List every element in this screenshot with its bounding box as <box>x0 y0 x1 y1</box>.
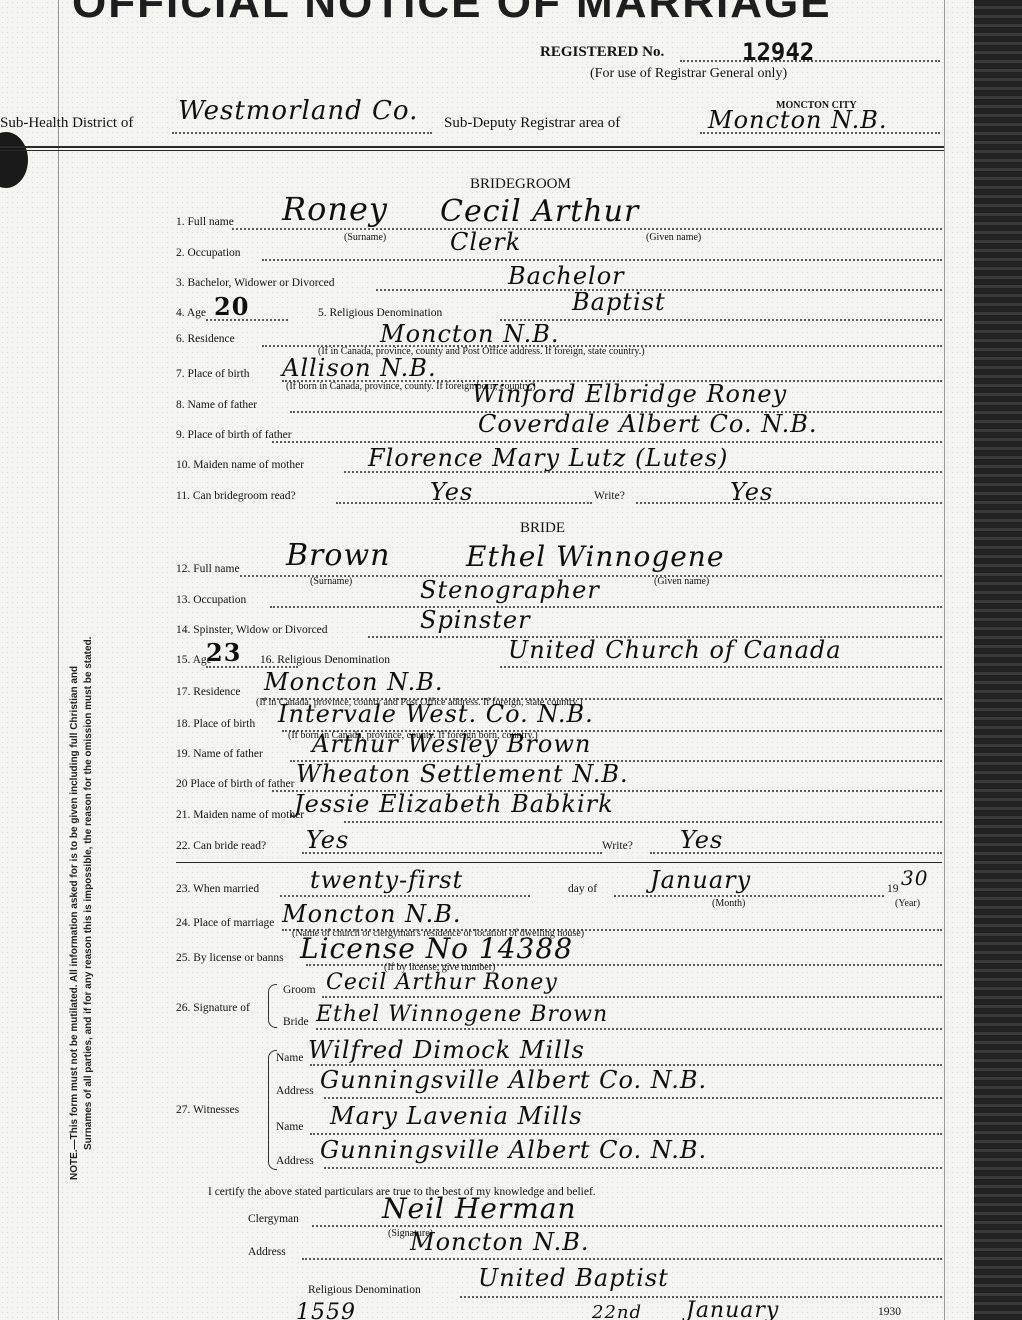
bride-father-birthplace: Wheaton Settlement N.B. <box>296 760 629 788</box>
punch-hole <box>0 132 28 188</box>
field-dots <box>312 1225 942 1227</box>
groom-residence: Moncton N.B. <box>380 320 559 348</box>
note-line-2: Surnames of all parties, and if for any … <box>82 400 96 1180</box>
groom-father-label: 8. Name of father <box>176 399 257 411</box>
bride-religion-label: 16. Religious Denomination <box>260 654 390 666</box>
field-dots <box>310 1133 942 1135</box>
field-dots <box>324 1167 942 1169</box>
bride-surname: Brown <box>286 538 390 573</box>
witnesses-brace <box>268 1050 277 1170</box>
bride-write: Yes <box>680 826 723 854</box>
groom-occupation: Clerk <box>450 228 521 256</box>
registrar-note: (For use of Registrar General only) <box>590 66 787 82</box>
form-title: OFFICIAL NOTICE OF MARRIAGE <box>72 0 832 28</box>
registered-number: 12942 <box>742 38 814 66</box>
form-note: NOTE.—This form must not be mutilated. A… <box>68 400 96 1180</box>
bride-father-label: 19. Name of father <box>176 748 263 760</box>
groom-write: Yes <box>730 478 773 506</box>
field-dots <box>280 895 530 897</box>
bride-sig-label: Bride <box>283 1016 309 1028</box>
witness2-address-label: Address <box>276 1155 314 1167</box>
groom-read-label: 11. Can bridegroom read? <box>176 490 296 502</box>
field-dots <box>302 1258 942 1260</box>
sub-deputy-value: Moncton N.B. <box>708 106 887 134</box>
bride-age: 23 <box>206 638 241 667</box>
groom-father: Winford Elbridge Roney <box>472 380 787 408</box>
bride-read: Yes <box>306 826 349 854</box>
year-prefix: 19 <box>887 883 899 895</box>
groom-father-birthplace: Coverdale Albert Co. N.B. <box>478 410 818 438</box>
bride-mother-label: 21. Maiden name of mother <box>176 809 304 821</box>
sub-health-value: Westmorland Co. <box>178 96 418 126</box>
field-dots <box>636 502 942 504</box>
groom-surname: Roney <box>282 190 388 228</box>
place-of-marriage: Moncton N.B. <box>282 900 461 928</box>
bride-residence-label: 17. Residence <box>176 686 241 698</box>
note-line-1: NOTE.—This form must not be mutilated. A… <box>68 400 82 1180</box>
bride-mother: Jessie Elizabeth Babkirk <box>294 790 614 818</box>
surname-hint: (Surname) <box>344 232 386 243</box>
groom-mother-label: 10. Maiden name of mother <box>176 459 304 471</box>
margin-line <box>58 0 59 1320</box>
clergy-religion: United Baptist <box>478 1264 669 1292</box>
groom-age-label: 4. Age <box>176 307 206 319</box>
place-of-marriage-label: 24. Place of marriage <box>176 917 274 929</box>
groom-write-label: Write? <box>594 490 625 502</box>
bride-birthplace-label: 18. Place of birth <box>176 718 255 730</box>
footer-filed-day: 22nd <box>592 1302 642 1320</box>
registered-label: REGISTERED No. <box>540 44 664 61</box>
groom-mother: Florence Mary Lutz (Lutes) <box>368 444 728 472</box>
field-dots <box>500 666 942 668</box>
bride-birthplace: Intervale West. Co. N.B. <box>278 700 594 728</box>
header-rule <box>0 146 944 148</box>
bride-signature: Ethel Winnogene Brown <box>316 1002 608 1027</box>
surname-hint: (Surname) <box>310 576 352 587</box>
field-dots <box>316 1028 942 1030</box>
footer-number: 1559 <box>296 1300 356 1320</box>
clergy-address-label: Address <box>248 1246 286 1258</box>
signature-brace <box>268 984 277 1028</box>
when-married-label: 23. When married <box>176 883 259 895</box>
month-hint: (Month) <box>712 898 745 909</box>
witnesses-label: 27. Witnesses <box>176 1104 239 1116</box>
footer-filed-month: January <box>686 1298 779 1320</box>
married-year: 30 <box>901 866 928 890</box>
groom-given-name: Cecil Arthur <box>440 194 639 229</box>
field-dots <box>500 319 942 321</box>
clergy-address: Moncton N.B. <box>410 1228 589 1256</box>
married-day: twenty-first <box>310 866 463 894</box>
sub-health-label: Sub-Health District of <box>0 115 133 132</box>
witness2-name-label: Name <box>276 1121 303 1133</box>
groom-age: 20 <box>214 292 249 321</box>
witness1-name-label: Name <box>276 1052 303 1064</box>
bride-residence: Moncton N.B. <box>264 668 443 696</box>
witness2-address: Gunningsville Albert Co. N.B. <box>320 1136 707 1164</box>
groom-father-birthplace-label: 9. Place of birth of father <box>176 429 292 441</box>
groom-religion: Baptist <box>572 288 666 316</box>
field-dots <box>272 441 942 443</box>
witness1-address: Gunningsville Albert Co. N.B. <box>320 1066 707 1094</box>
groom-religion-label: 5. Religious Denomination <box>318 307 442 319</box>
groom-sig-label: Groom <box>283 984 316 996</box>
bride-header: BRIDE <box>520 520 565 537</box>
given-name-hint: (Given name) <box>654 576 709 587</box>
license-value: License No 14388 <box>300 932 573 965</box>
groom-residence-label: 6. Residence <box>176 333 235 345</box>
bridegroom-header: BRIDEGROOM <box>470 176 571 193</box>
clergyman-signature: Neil Herman <box>382 1192 577 1225</box>
groom-marital: Bachelor <box>508 262 625 290</box>
marriage-notice-form: OFFICIAL NOTICE OF MARRIAGE REGISTERED N… <box>0 0 974 1320</box>
groom-full-name-label: 1. Full name <box>176 216 234 228</box>
bride-father: Arthur Wesley Brown <box>312 730 591 758</box>
signature-label: 26. Signature of <box>176 1002 250 1014</box>
header-rule-2 <box>0 150 944 151</box>
groom-birthplace: Allison N.B. <box>282 354 437 382</box>
year-hint: (Year) <box>895 898 920 909</box>
field-dots <box>270 606 942 608</box>
bride-write-label: Write? <box>602 840 633 852</box>
witness2-name: Mary Lavenia Mills <box>330 1102 583 1130</box>
witness1-address-label: Address <box>276 1085 314 1097</box>
bride-religion: United Church of Canada <box>508 636 842 664</box>
field-dots <box>322 996 942 998</box>
field-dots <box>262 259 942 261</box>
day-of-label: day of <box>568 883 597 895</box>
sub-health-dots <box>172 132 432 134</box>
witness1-name: Wilfred Dimock Mills <box>308 1036 585 1064</box>
bride-marital-label: 14. Spinster, Widow or Divorced <box>176 624 328 636</box>
clergyman-label: Clergyman <box>248 1213 299 1225</box>
groom-birthplace-label: 7. Place of birth <box>176 368 249 380</box>
footer-year: 1930 <box>878 1306 901 1318</box>
given-name-hint: (Given name) <box>646 232 701 243</box>
field-dots <box>344 821 942 823</box>
bride-full-name-label: 12. Full name <box>176 563 240 575</box>
groom-read: Yes <box>430 478 473 506</box>
margin-line-right <box>944 0 945 1320</box>
clergy-religion-label: Religious Denomination <box>308 1284 421 1296</box>
scan-edge <box>974 0 1022 1320</box>
bride-father-birthplace-label: 20 Place of birth of father <box>176 778 294 790</box>
bride-occupation-label: 13. Occupation <box>176 594 246 606</box>
bride-occupation: Stenographer <box>420 576 600 604</box>
groom-signature: Cecil Arthur Roney <box>326 970 558 995</box>
bride-given-name: Ethel Winnogene <box>466 540 724 573</box>
field-dots <box>614 895 884 897</box>
license-label: 25. By license or banns <box>176 952 284 964</box>
groom-marital-label: 3. Bachelor, Widower or Divorced <box>176 277 335 289</box>
bride-read-label: 22. Can bride read? <box>176 840 266 852</box>
married-month: January <box>650 866 751 894</box>
groom-occupation-label: 2. Occupation <box>176 247 241 259</box>
bride-marital: Spinster <box>420 606 531 634</box>
field-dots <box>324 1097 942 1099</box>
section-rule <box>176 862 942 863</box>
sub-deputy-label: Sub-Deputy Registrar area of <box>444 115 620 132</box>
